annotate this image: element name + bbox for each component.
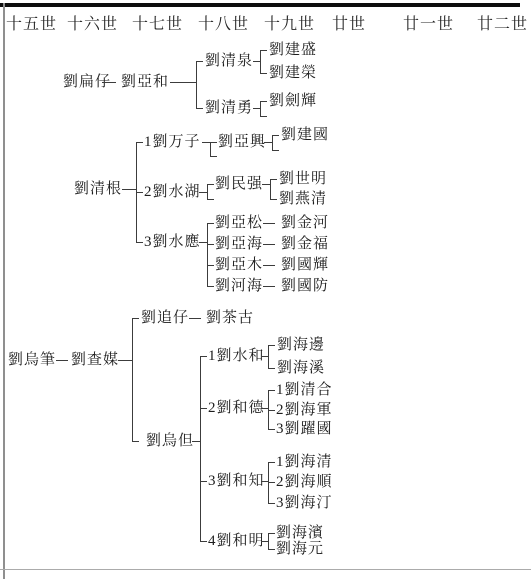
- person-yasong: 劉亞松: [215, 213, 263, 233]
- descent-dash: [263, 244, 275, 245]
- bracket-arm: [210, 156, 217, 157]
- parent-connector: [192, 441, 200, 442]
- bracket-arm: [268, 368, 275, 369]
- bracket-arm: [207, 223, 214, 224]
- descent-dash: [189, 318, 201, 319]
- person-hehai: 劉河海: [215, 276, 263, 296]
- generation-label-22: 廿二世: [477, 15, 528, 35]
- person-qinggen: 劉清根: [74, 179, 122, 199]
- bracket-arm: [260, 73, 267, 74]
- person-wudan: 劉烏但: [146, 431, 194, 451]
- person-shiming: 劉世明: [279, 169, 327, 189]
- bracket-arm: [272, 150, 279, 151]
- descent-dash: [102, 82, 116, 83]
- bracket-arm: [260, 116, 267, 117]
- bracket-vertical: [207, 223, 208, 287]
- parent-connector: [199, 242, 207, 243]
- person-haiting: 3劉海汀: [276, 493, 333, 513]
- person-jinhe: 劉金河: [281, 213, 329, 233]
- bracket-arm: [196, 61, 203, 62]
- person-wubi: 劉烏筆: [8, 350, 56, 370]
- bottom-border-line: [0, 569, 531, 570]
- bracket-vertical: [260, 50, 261, 74]
- person-shuihe: 1劉水和: [208, 346, 265, 366]
- top-border-line: [0, 3, 520, 7]
- person-haixi: 劉海溪: [277, 358, 325, 378]
- bracket-arm: [260, 50, 267, 51]
- parent-connector: [199, 192, 207, 193]
- person-shuihu: 2劉水湖: [144, 182, 201, 202]
- bracket-arm: [260, 101, 267, 102]
- generation-label-21: 廿一世: [403, 15, 454, 35]
- person-yahe: 劉亞和: [121, 72, 169, 92]
- person-jinfu: 劉金福: [281, 234, 329, 254]
- bracket-vertical: [210, 142, 211, 157]
- person-chamei: 劉查媒: [71, 350, 119, 370]
- bracket-arm: [207, 265, 214, 266]
- person-yahai: 劉亞海: [215, 234, 263, 254]
- bracket-arm: [268, 549, 275, 550]
- parent-connector: [264, 142, 272, 143]
- generation-label-18: 十八世: [198, 15, 249, 35]
- person-jianguo: 劉建國: [281, 125, 329, 145]
- parent-connector: [261, 481, 268, 482]
- person-wanzi: 1劉万子: [144, 132, 201, 152]
- bracket-arm: [136, 192, 143, 193]
- bracket-vertical: [268, 533, 269, 550]
- bracket-arm: [132, 441, 139, 442]
- bracket-vertical: [272, 135, 273, 151]
- bracket-arm: [207, 244, 214, 245]
- person-haiqing: 1劉海清: [276, 452, 333, 472]
- bracket-vertical: [268, 345, 269, 369]
- person-hezhi: 3劉和知: [208, 471, 265, 491]
- bracket-vertical: [200, 356, 201, 542]
- bracket-arm: [207, 286, 214, 287]
- parent-connector: [122, 189, 136, 190]
- bracket-arm: [136, 242, 143, 243]
- person-yueguo: 3劉躍國: [276, 419, 333, 439]
- person-qingquan: 劉清泉: [205, 51, 253, 71]
- bracket-vertical: [207, 184, 208, 200]
- descent-dash: [263, 286, 275, 287]
- person-haishun: 2劉海順: [276, 472, 333, 492]
- bracket-arm: [268, 462, 275, 463]
- person-chagu: 劉茶古: [206, 308, 254, 328]
- bracket-arm: [200, 541, 207, 542]
- parent-connector: [118, 360, 132, 361]
- person-guohui: 劉國輝: [281, 255, 329, 275]
- person-zhuizai: 劉追仔: [141, 308, 189, 328]
- generation-label-15: 十五世: [6, 15, 57, 35]
- parent-connector: [261, 408, 268, 409]
- bracket-vertical: [196, 61, 197, 109]
- bracket-arm: [207, 184, 214, 185]
- parent-connector: [253, 61, 260, 62]
- parent-connector: [261, 541, 268, 542]
- parent-connector: [202, 142, 210, 143]
- bracket-arm: [270, 179, 277, 180]
- bracket-arm: [272, 135, 279, 136]
- parent-connector: [261, 356, 268, 357]
- parent-connector: [262, 184, 270, 185]
- person-heming: 4劉和明: [208, 531, 265, 551]
- person-jianhui: 劉劍輝: [269, 91, 317, 111]
- person-minqiang: 劉民强: [215, 174, 263, 194]
- generation-label-17: 十七世: [132, 15, 183, 35]
- bracket-arm: [268, 429, 275, 430]
- bracket-arm: [207, 199, 214, 200]
- person-guofang: 劉國防: [281, 276, 329, 296]
- person-hede: 2劉和德: [208, 398, 265, 418]
- bracket-arm: [132, 318, 139, 319]
- bracket-arm: [200, 481, 207, 482]
- bracket-arm: [210, 142, 217, 143]
- person-qingyong: 劉清勇: [205, 98, 253, 118]
- generation-label-19: 十九世: [264, 15, 315, 35]
- bracket-arm: [268, 345, 275, 346]
- person-haiyuan: 劉海元: [276, 539, 324, 559]
- bracket-arm: [136, 142, 143, 143]
- bracket-arm: [268, 410, 275, 411]
- person-haijun: 2劉海軍: [276, 400, 333, 420]
- parent-connector: [253, 108, 260, 109]
- bracket-arm: [268, 482, 275, 483]
- bracket-vertical: [268, 462, 269, 504]
- bracket-arm: [196, 108, 203, 109]
- bracket-arm: [268, 533, 275, 534]
- parent-connector: [170, 82, 196, 83]
- descent-dash: [56, 360, 68, 361]
- person-yanqing: 劉燕清: [279, 189, 327, 209]
- bracket-vertical: [260, 101, 261, 117]
- person-haibian: 劉海邊: [277, 335, 325, 355]
- generation-label-16: 十六世: [67, 15, 118, 35]
- bracket-vertical: [270, 179, 271, 200]
- person-yamu: 劉亞木: [215, 255, 263, 275]
- bracket-arm: [270, 199, 277, 200]
- genealogy-page: 十五世 十六世 十七世 十八世 十九世 廿世 廿一世 廿二世 劉扁仔 劉亞和 劉…: [0, 0, 531, 579]
- person-jianrong: 劉建榮: [269, 63, 317, 83]
- left-border-line: [3, 3, 5, 579]
- descent-dash: [263, 265, 275, 266]
- bracket-vertical: [132, 318, 133, 442]
- bracket-arm: [200, 356, 207, 357]
- bracket-arm: [268, 503, 275, 504]
- person-yaxing: 劉亞興: [218, 132, 266, 152]
- person-jiansheng: 劉建盛: [269, 40, 317, 60]
- descent-dash: [263, 223, 275, 224]
- person-qinghe: 1劉清合: [276, 380, 333, 400]
- person-shuiying: 3劉水應: [144, 232, 201, 252]
- bracket-arm: [268, 390, 275, 391]
- generation-label-20: 廿世: [332, 15, 366, 35]
- bracket-arm: [200, 408, 207, 409]
